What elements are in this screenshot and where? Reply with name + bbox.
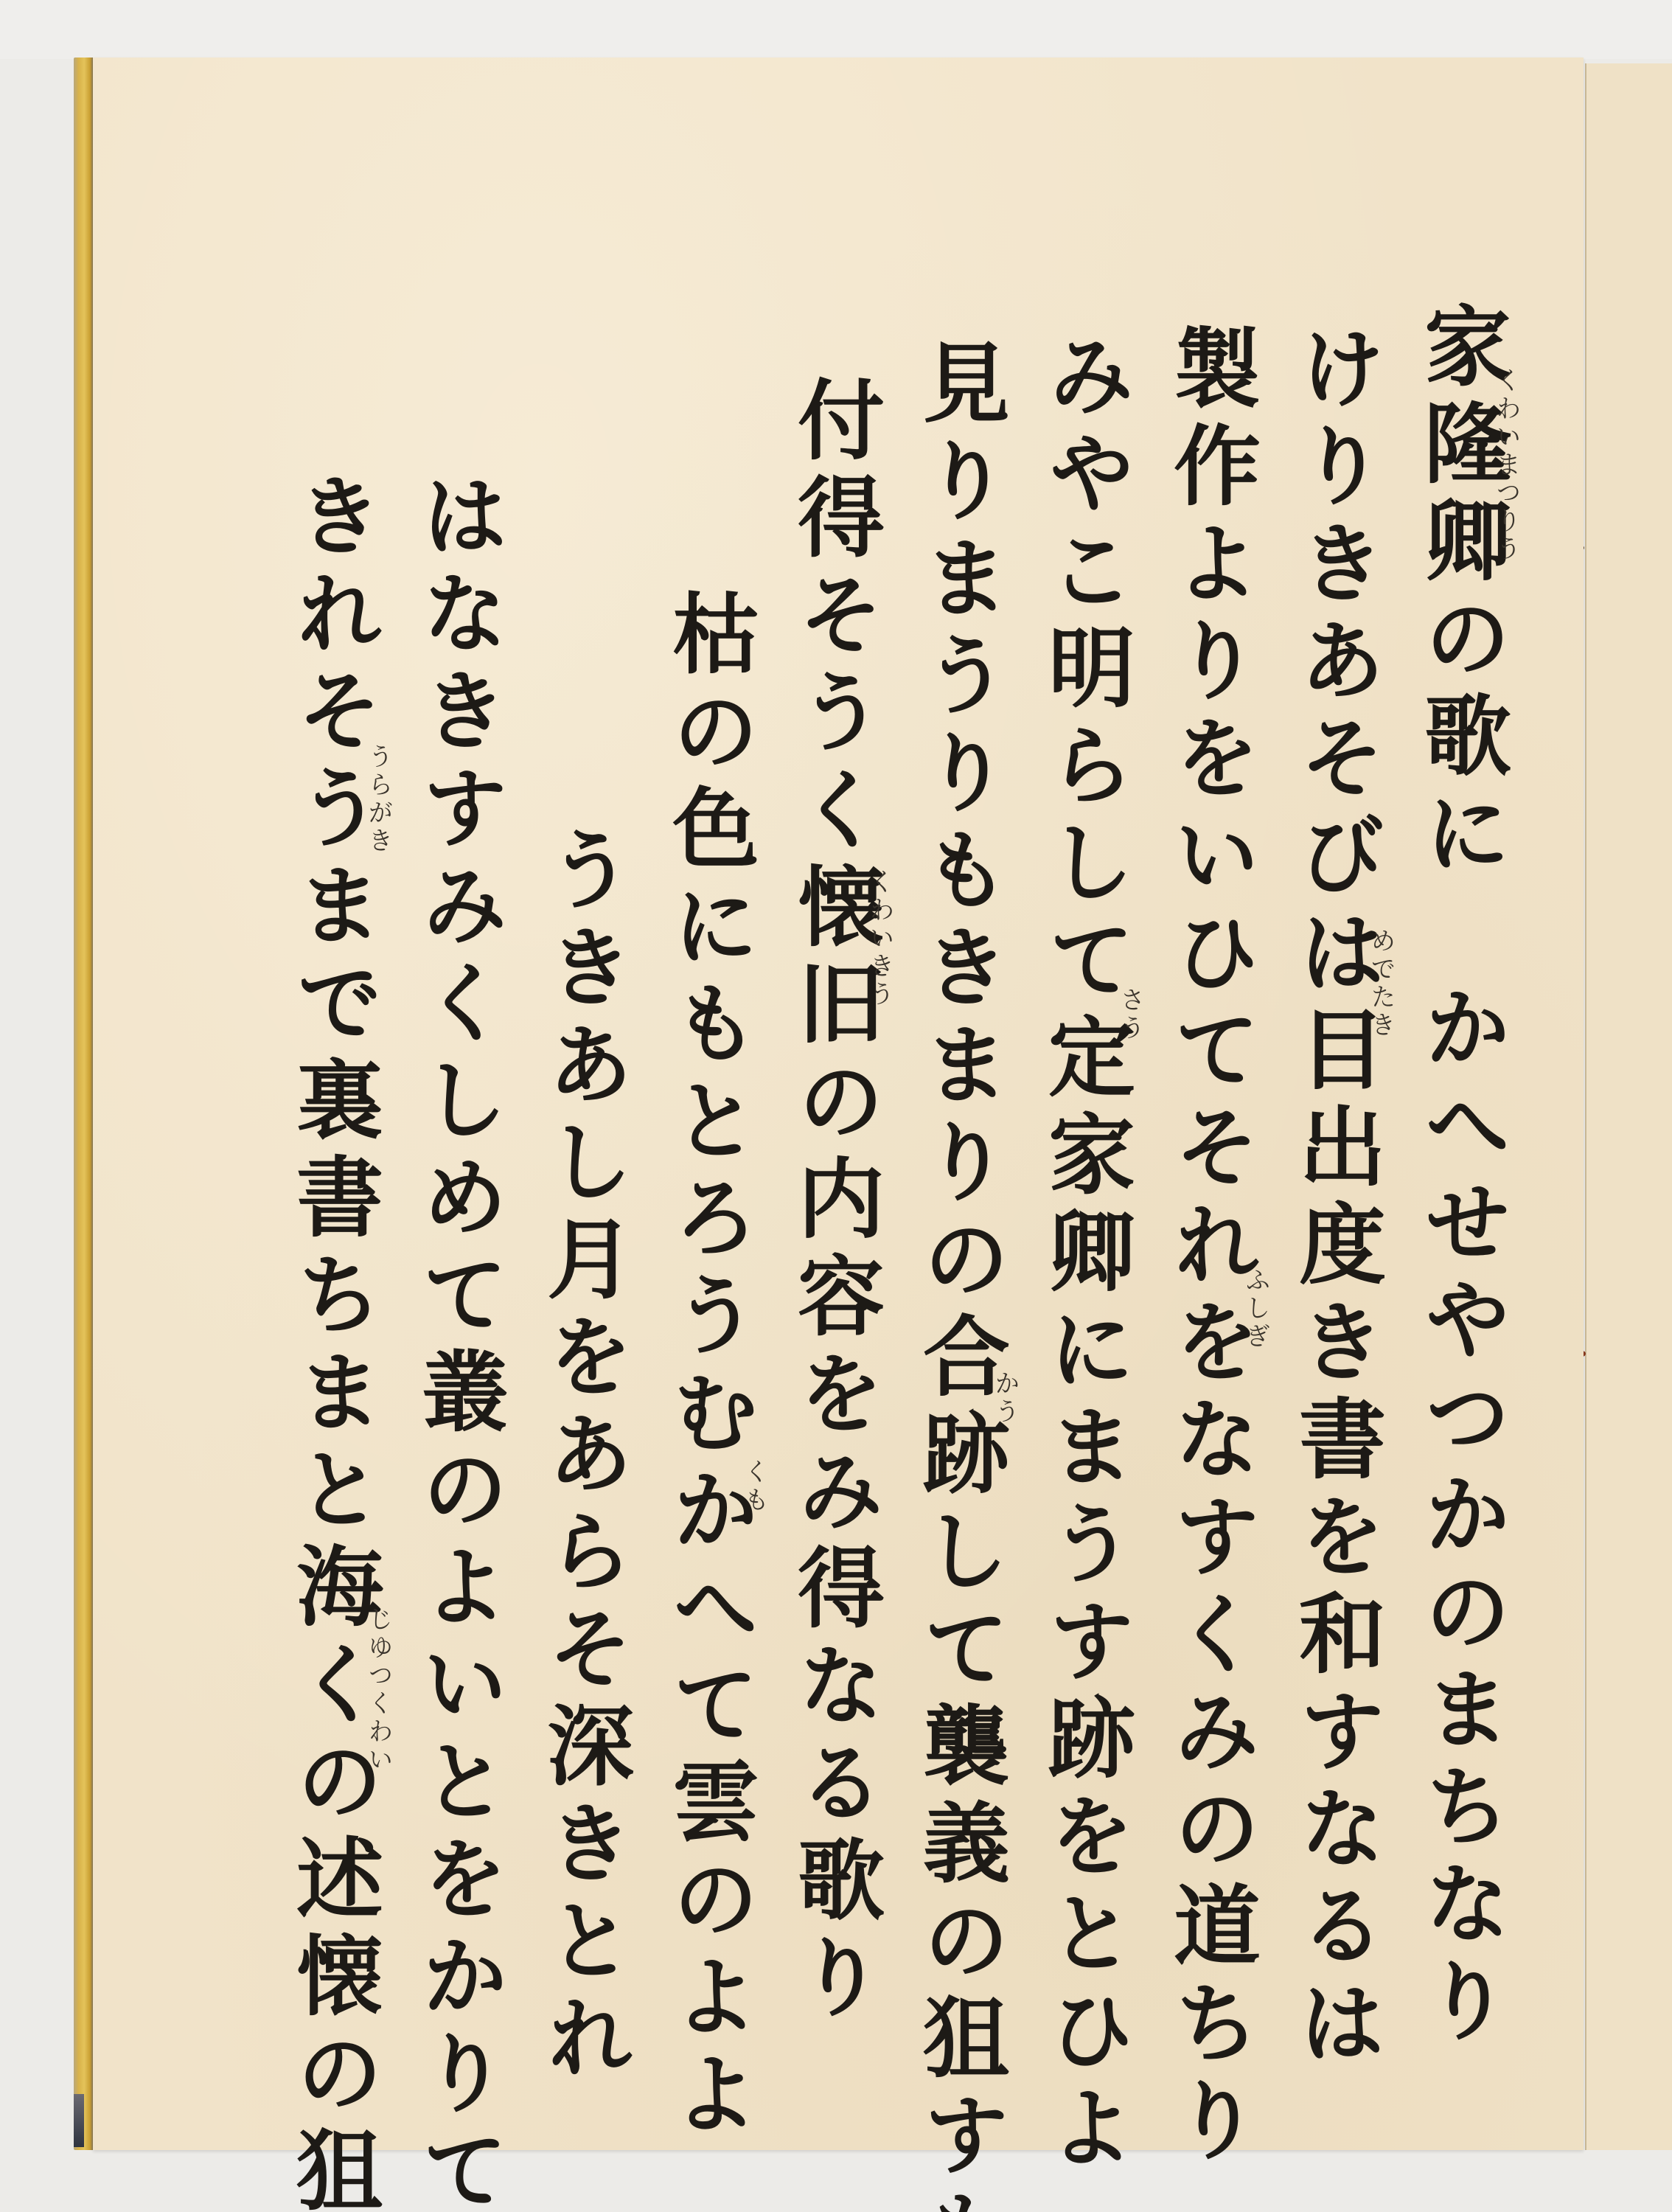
ruby-annotation-7: くも xyxy=(742,1458,767,1514)
text-column-8: うきあし月をあらそ深きとれ xyxy=(540,824,627,1930)
ruby-annotation-2: めでたき xyxy=(1368,928,1393,1040)
ruby-annotation-5: かう xyxy=(992,1370,1017,1426)
text-column-3: 製作よりをいひてそれをなすくみの道ちり xyxy=(1166,323,1253,2093)
facing-page-edge xyxy=(1585,63,1672,2150)
text-column-4: みやこ明らして定家卿にまうす跡をとひよ xyxy=(1041,330,1128,2100)
book-page: 家隆卿の歌に かへせやつかのまちなり くわいまつりう けりきあそびは目出度き書を… xyxy=(93,58,1584,2150)
backdrop xyxy=(0,0,1672,59)
ruby-annotation-4: さう xyxy=(1118,987,1143,1043)
ruby-annotation-10b: じゆつくわい xyxy=(366,1606,391,1774)
ruby-annotation-6: くわいきう xyxy=(867,869,892,1009)
text-column-9: はなきすみくしめて叢のよいとをかりてさかろ xyxy=(414,470,501,2166)
text-column-6: 付得そうく懐旧の内容をみ得なる歌り xyxy=(790,375,877,2070)
text-column-10: きれそうまで裏書ちまと海くの述懐の狙とよ xyxy=(289,470,376,2166)
book-corner-cover xyxy=(74,2094,84,2147)
ruby-annotation-1: くわいまつりう xyxy=(1494,367,1519,563)
text-column-1: 家隆卿の歌に かへせやつかのまちなり xyxy=(1417,301,1504,2129)
text-column-5: 見りまうりもきまりの合跡して襲義の狙すもよ xyxy=(916,338,1003,2107)
ruby-annotation-10: うらがき xyxy=(366,743,391,855)
text-column-2: けりきあそびは目出度き書を和すなるは xyxy=(1292,323,1379,2093)
book-spine-gilt-edge xyxy=(74,58,93,2150)
text-column-7: 枯の色にもとろうむかへて雲のよよ xyxy=(665,588,752,1989)
ruby-annotation-3: ふしぎ xyxy=(1243,1267,1268,1351)
